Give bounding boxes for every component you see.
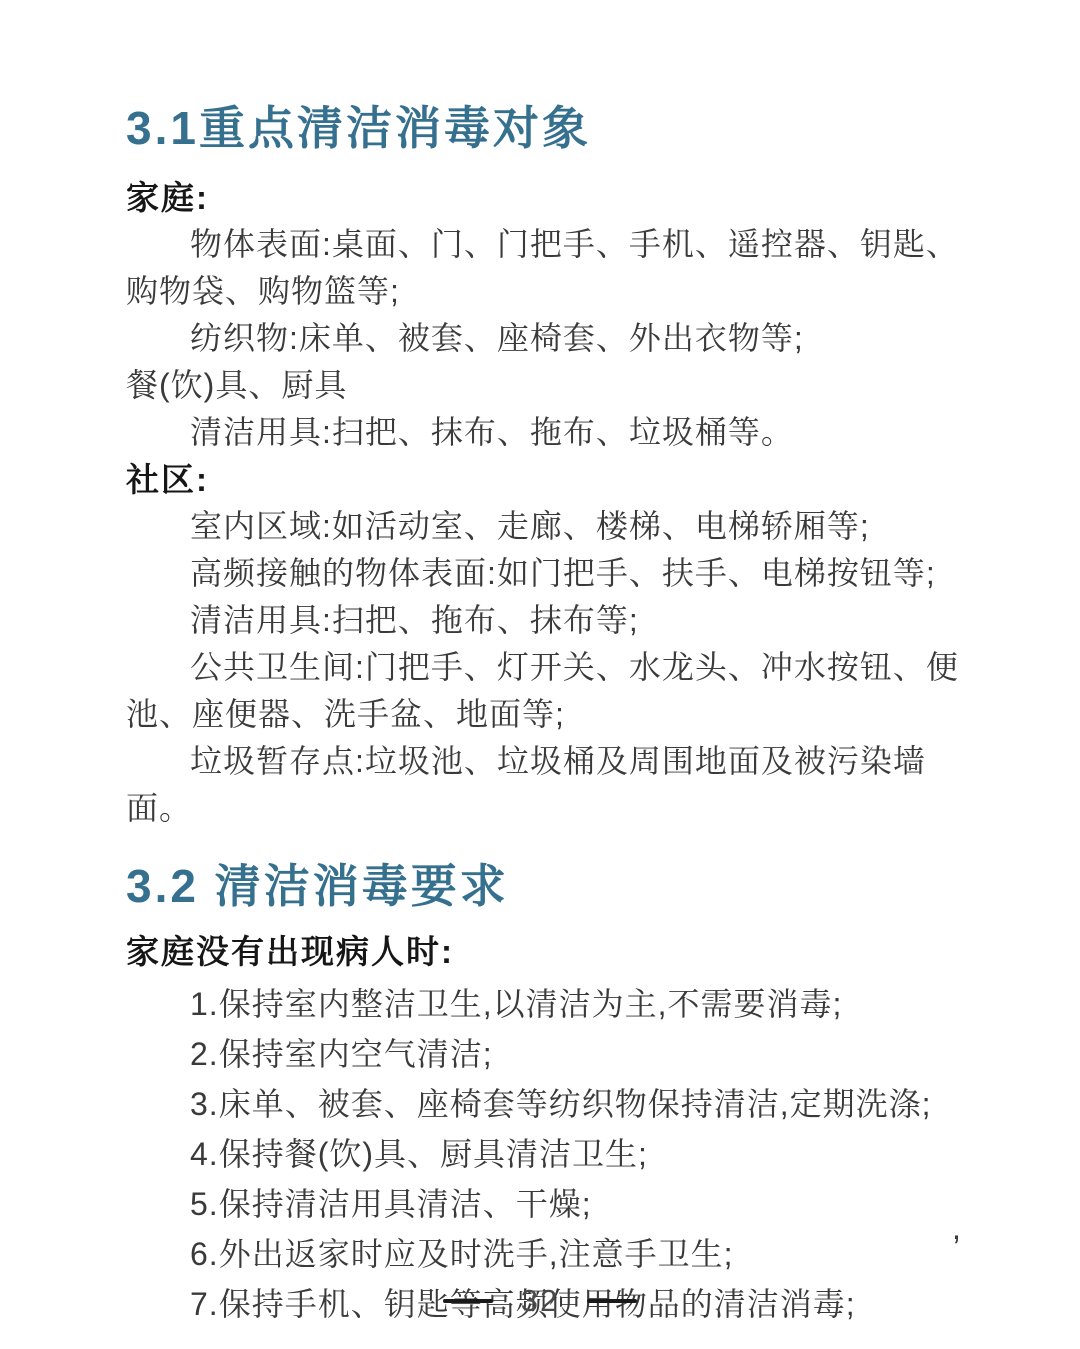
paragraph-high-touch-surfaces: 高频接触的物体表面:如门把手、扶手、电梯按钮等;: [126, 550, 966, 597]
section-3-2-heading: 3.2 清洁消毒要求: [126, 858, 966, 914]
family-label: 家庭:: [126, 174, 966, 221]
list-item: 2.保持室内空气清洁;: [126, 1029, 966, 1079]
requirements-list: 1.保持室内整洁卫生,以清洁为主,不需要消毒; 2.保持室内空气清洁; 3.床单…: [126, 979, 966, 1329]
paragraph-textiles: 纺织物:床单、被套、座椅套、外出衣物等;: [126, 315, 966, 362]
paragraph-public-restroom: 公共卫生间:门把手、灯开关、水龙头、冲水按钮、便池、座便器、洗手盆、地面等;: [126, 644, 966, 738]
list-item: 5.保持清洁用具清洁、干燥;: [126, 1179, 966, 1229]
list-item: 6.外出返家时应及时洗手,注意手卫生;: [126, 1229, 966, 1279]
list-item: 3.床单、被套、座椅套等纺织物保持清洁,定期洗涤;: [126, 1079, 966, 1129]
list-item: 4.保持餐(饮)具、厨具清洁卫生;: [126, 1129, 966, 1179]
community-label: 社区:: [126, 456, 966, 503]
paragraph-cleaning-tools-community: 清洁用具:扫把、拖布、抹布等;: [126, 597, 966, 644]
no-patient-label: 家庭没有出现病人时:: [126, 928, 966, 975]
footer-dash-right: [587, 1299, 637, 1303]
paragraph-cleaning-tools-home: 清洁用具:扫把、抹布、拖布、垃圾桶等。: [126, 409, 966, 456]
page-content: 3.1重点清洁消毒对象 家庭: 物体表面:桌面、门、门把手、手机、遥控器、钥匙、…: [126, 100, 966, 1329]
paragraph-indoor-areas: 室内区域:如活动室、走廊、楼梯、电梯轿厢等;: [126, 503, 966, 550]
paragraph-surfaces: 物体表面:桌面、门、门把手、手机、遥控器、钥匙、购物袋、购物篮等;: [126, 221, 966, 315]
paragraph-garbage-point: 垃圾暂存点:垃圾池、垃圾桶及周围地面及被污染墙面。: [126, 738, 966, 832]
footer-dash-left: [443, 1299, 493, 1303]
page-footer: 32: [0, 1283, 1080, 1319]
stray-comma: ,: [952, 1210, 961, 1247]
section-3-1-heading: 3.1重点清洁消毒对象: [126, 100, 966, 156]
paragraph-tableware: 餐(饮)具、厨具: [126, 362, 966, 409]
list-item: 1.保持室内整洁卫生,以清洁为主,不需要消毒;: [126, 979, 966, 1029]
document-page: 3.1重点清洁消毒对象 家庭: 物体表面:桌面、门、门把手、手机、遥控器、钥匙、…: [0, 0, 1080, 1349]
page-number: 32: [521, 1283, 559, 1319]
